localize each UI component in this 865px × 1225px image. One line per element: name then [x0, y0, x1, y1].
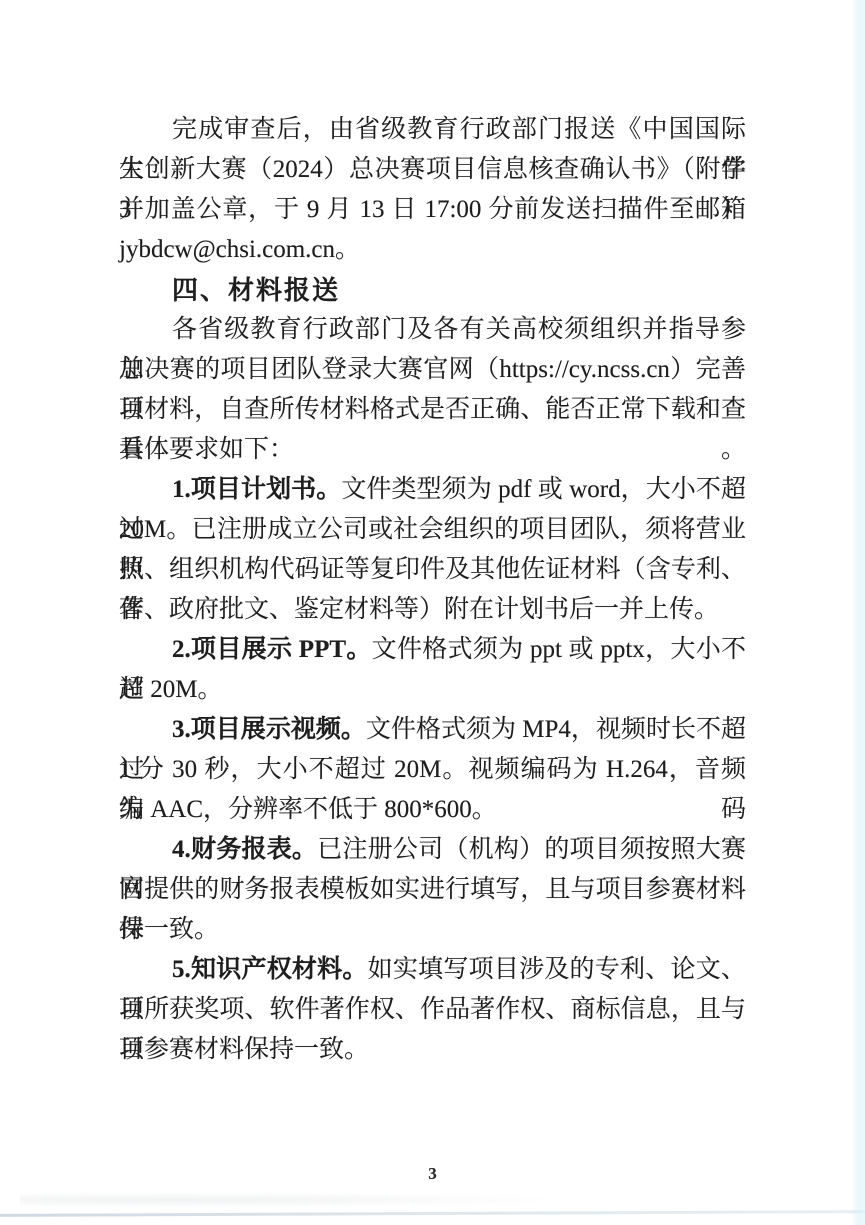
scan-edge-right-band	[851, 0, 865, 1225]
body-text: 持一致。	[119, 916, 219, 943]
para-review-submission: 完成审查后，由省级教育行政部门报送《中国国际大学生创新大赛（2024）总决赛项目…	[119, 110, 746, 270]
para-item4-financial-statements: 4.财务报表。已注册公司（机构）的项目须按照大赛官网提供的财务报表模板如实进行填…	[119, 830, 746, 950]
text-line: 3.项目展示视频。文件格式须为 MP4，视频时长不超过	[119, 710, 746, 750]
bold-lead-in-text: 四、材料报送	[172, 275, 340, 305]
bold-lead-in-text: 1.项目计划书。	[172, 476, 341, 503]
para-item1-business-plan: 1.项目计划书。文件类型须为 pdf 或 word，大小不超过20M。已注册成立…	[119, 470, 746, 630]
text-line: 1 分 30 秒，大小不超过 20M。视频编码为 H.264，音频编码	[119, 750, 746, 790]
bold-lead-in-text: 5.知识产权材料。	[172, 956, 368, 983]
scan-edge-bottom-line	[0, 1210, 865, 1217]
text-line: 2.项目展示 PPT。文件格式须为 ppt 或 pptx，大小不超	[119, 630, 746, 670]
body-text: 作、政府批文、鉴定材料等）附在计划书后一并上传。	[119, 596, 719, 623]
text-line: 目参赛材料保持一致。	[119, 1030, 746, 1070]
bold-lead-in-text: 3.项目展示视频。	[172, 716, 366, 743]
scan-smudge-artifact	[20, 1192, 580, 1208]
page-number: 3	[0, 1164, 865, 1184]
text-line: 网提供的财务报表模板如实进行填写，且与项目参赛材料保	[119, 870, 746, 910]
text-line: 20M。已注册成立公司或社会组织的项目团队，须将营业执	[119, 510, 746, 550]
text-line: 4.财务报表。已注册公司（机构）的项目须按照大赛官	[119, 830, 746, 870]
body-text: 并加盖公章，于 9 月 13 日 17:00 分前发送扫描件至邮箱	[119, 196, 746, 223]
para-item5-ip-materials: 5.知识产权材料。如实填写项目涉及的专利、论文、项目所获奖项、软件著作权、作品著…	[119, 950, 746, 1070]
text-line: 各省级教育行政部门及各有关高校须组织并指导参加	[119, 310, 746, 350]
body-text: 具体要求如下：	[119, 436, 294, 463]
para-item2-presentation-ppt: 2.项目展示 PPT。文件格式须为 ppt 或 pptx，大小不超过 20M。	[119, 630, 746, 710]
body-text: 过 20M。	[119, 676, 222, 703]
text-line: 过 20M。	[119, 670, 746, 710]
text-line: 1.项目计划书。文件类型须为 pdf 或 word，大小不超过	[119, 470, 746, 510]
body-text: 目参赛材料保持一致。	[119, 1036, 369, 1063]
para-item3-demo-video: 3.项目展示视频。文件格式须为 MP4，视频时长不超过1 分 30 秒，大小不超…	[119, 710, 746, 830]
bold-lead-in-text: 2.项目展示 PPT。	[172, 636, 372, 663]
bold-lead-in-text: 4.财务报表。	[172, 836, 317, 863]
text-line: 作、政府批文、鉴定材料等）附在计划书后一并上传。	[119, 590, 746, 630]
text-line: 目所获奖项、软件著作权、作品著作权、商标信息，且与项	[119, 990, 746, 1030]
text-line: 四、材料报送	[119, 270, 746, 310]
section-heading-material-submission: 四、材料报送	[119, 270, 746, 310]
text-line: 照、组织机构代码证等复印件及其他佐证材料（含专利、著	[119, 550, 746, 590]
text-line: jybdcw@chsi.com.cn。	[119, 230, 746, 270]
body-text: 为 AAC，分辨率不低于 800*600。	[119, 796, 497, 823]
scanned-document-page: 完成审查后，由省级教育行政部门报送《中国国际大学生创新大赛（2024）总决赛项目…	[0, 0, 865, 1225]
text-line: 完成审查后，由省级教育行政部门报送《中国国际大学	[119, 110, 746, 150]
text-line: 目材料，自查所传材料格式是否正确、能否正常下载和查看。	[119, 390, 746, 430]
text-line: 生创新大赛（2024）总决赛项目信息核查确认书》（附件 3）	[119, 150, 746, 190]
para-official-site-upload: 各省级教育行政部门及各有关高校须组织并指导参加总决赛的项目团队登录大赛官网（ht…	[119, 310, 746, 470]
document-body: 完成审查后，由省级教育行政部门报送《中国国际大学生创新大赛（2024）总决赛项目…	[119, 110, 746, 1070]
body-text: jybdcw@chsi.com.cn。	[119, 236, 360, 263]
text-line: 5.知识产权材料。如实填写项目涉及的专利、论文、项	[119, 950, 746, 990]
text-line: 并加盖公章，于 9 月 13 日 17:00 分前发送扫描件至邮箱	[119, 190, 746, 230]
text-line: 总决赛的项目团队登录大赛官网（https://cy.ncss.cn）完善项	[119, 350, 746, 390]
text-line: 持一致。	[119, 910, 746, 950]
